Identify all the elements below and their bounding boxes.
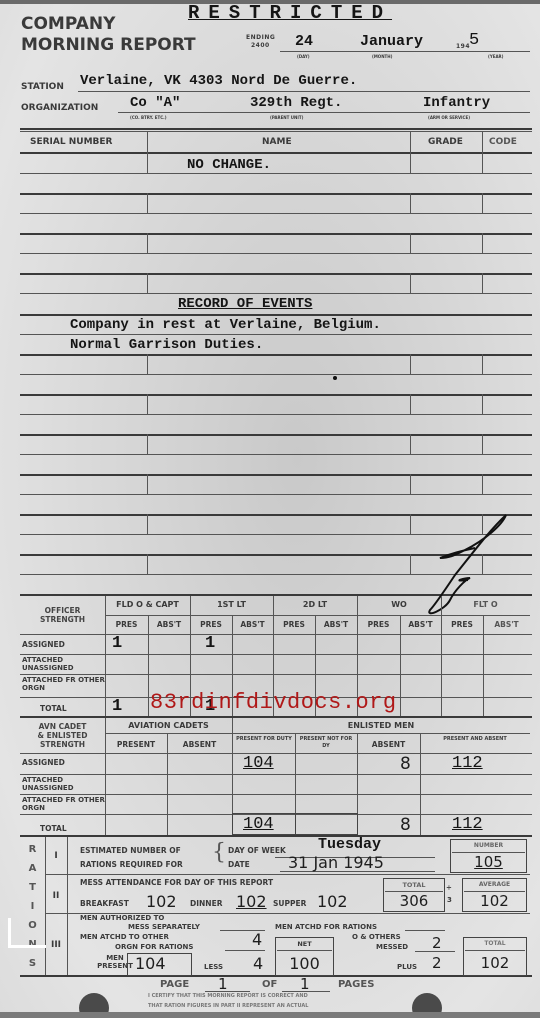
average-label: AVERAGE	[464, 881, 525, 888]
group-1st-lt: 1ST LT	[190, 600, 273, 609]
authorized-label-1: MEN AUTHORIZED TO	[80, 914, 164, 922]
form-title-line2: MORNING REPORT	[21, 35, 196, 55]
breakfast-label: BREAKFAST	[80, 899, 129, 908]
report-month: January	[360, 33, 423, 50]
estimated-rations-label-1: ESTIMATED NUMBER OF	[80, 846, 181, 855]
ending-label: ENDING	[246, 34, 275, 41]
col-enl-absent: ABSENT	[357, 740, 420, 749]
rations-letter: S	[20, 954, 45, 973]
rations-letter: I	[20, 897, 45, 916]
sub-abst: ABS'T	[148, 620, 190, 629]
enlisted-row-assigned: ASSIGNED	[22, 758, 65, 767]
dinner-value: 102	[236, 892, 267, 911]
rations-letter: O	[20, 916, 45, 935]
col-code: CODE	[489, 137, 517, 147]
enlisted-assigned-absent: 8	[400, 754, 411, 774]
less-label: LESS	[204, 963, 223, 971]
atchd-other-label-2: ORGN FOR RATIONS	[115, 943, 193, 951]
enlisted-total-absent: 8	[400, 815, 411, 835]
officer-assigned-fld-pres: 1	[112, 634, 122, 653]
ink-dot	[333, 376, 337, 380]
date-label: DATE	[228, 860, 250, 869]
scan-artifact	[8, 918, 11, 948]
certification-line-2: THAT RATION FIGURES IN PART II REPRESENT…	[148, 1003, 308, 1009]
authorized-label-2: MESS SEPARATELY	[128, 923, 200, 931]
officer-title-2: STRENGTH	[20, 615, 105, 624]
enlisted-title-1: AVN CADET	[20, 722, 105, 731]
plus-label: PLUS	[397, 963, 417, 971]
col-present-for-duty: PRESENT FOR DUTY	[235, 736, 293, 743]
rations-letter: R	[20, 840, 45, 859]
enlisted-total-present-absent: 112	[452, 815, 483, 834]
rations-total-label: TOTAL	[465, 940, 525, 947]
divide-icon: ÷	[446, 884, 452, 892]
day-of-week-value: Tuesday	[318, 836, 381, 853]
officer-strength-title: OFFICER STRENGTH	[20, 606, 105, 624]
day-of-week-label: DAY OF WEEK	[228, 846, 286, 855]
atchd-for-rations-label: MEN ATCHD FOR RATIONS	[275, 923, 377, 931]
pages-label: PAGES	[338, 979, 374, 990]
arm-value: Infantry	[423, 95, 490, 111]
col-av-present: PRESENT	[105, 740, 167, 749]
sub-pres: PRES	[105, 620, 148, 629]
page-label: PAGE	[160, 979, 189, 990]
rations-side-label: R A T I O N S	[20, 840, 45, 973]
year-prefix: 194	[456, 43, 470, 50]
part-1-numeral: I	[45, 851, 67, 861]
col-serial-number: SERIAL NUMBER	[30, 137, 112, 147]
enlisted-row-attached-other: ATTACHED FR OTHER ORGN	[22, 796, 107, 812]
report-year-digit: 5	[469, 31, 479, 50]
sub-abst: ABS'T	[232, 620, 273, 629]
group-fld-o-capt: FLD O & CAPT	[105, 600, 190, 609]
number-value: 105	[452, 853, 525, 871]
net-label: NET	[277, 940, 332, 948]
col-grade: GRADE	[428, 137, 463, 147]
sub-pres: PRES	[441, 620, 483, 629]
group-aviation-cadets: AVIATION CADETS	[105, 721, 232, 730]
enlisted-title-3: STRENGTH	[20, 740, 105, 749]
group-flt-o: FLT O	[441, 600, 530, 609]
officer-row-assigned: ASSIGNED	[22, 640, 65, 649]
number-label: NUMBER	[452, 842, 525, 849]
brace-icon: {	[212, 840, 226, 865]
year-caption: (YEAR)	[488, 54, 503, 59]
scan-artifact	[8, 945, 46, 948]
others-label-2: MESSED	[376, 943, 408, 951]
mess-attendance-label: MESS ATTENDANCE FOR DAY OF THIS REPORT	[80, 878, 273, 887]
sub-pres: PRES	[357, 620, 400, 629]
officer-assigned-1stlt-pres: 1	[205, 634, 215, 653]
less-value: 4	[253, 954, 263, 973]
sub-abst: ABS'T	[483, 620, 530, 629]
station-label: STATION	[21, 82, 64, 92]
officer-title-1: OFFICER	[20, 606, 105, 615]
col-av-absent: ABSENT	[167, 740, 232, 749]
roster-entry: NO CHANGE.	[187, 157, 271, 173]
plus-value: 2	[432, 954, 442, 972]
net-value: 100	[277, 954, 332, 973]
day-caption: (DAY)	[297, 54, 310, 59]
officer-row-total: TOTAL	[40, 704, 67, 713]
group-enlisted-men: ENLISTED MEN	[232, 721, 530, 730]
date-value: 31 Jan 1945	[288, 853, 384, 872]
officer-row-attached-other: ATTACHED FR OTHER ORGN	[22, 676, 107, 692]
atchd-other-value: 4	[252, 930, 262, 949]
atchd-other-label-1: MEN ATCHD TO OTHER	[80, 933, 169, 941]
sub-pres: PRES	[190, 620, 232, 629]
breakfast-value: 102	[146, 892, 177, 911]
group-2d-lt: 2D LT	[273, 600, 357, 609]
month-caption: (MONTH)	[372, 54, 392, 59]
parent-unit-value: 329th Regt.	[250, 95, 342, 111]
enlisted-title-2: & ENLISTED	[20, 731, 105, 740]
sub-abst: ABS'T	[400, 620, 441, 629]
mess-total-value: 306	[385, 892, 443, 910]
group-wo: WO	[357, 600, 441, 609]
rations-total-value: 102	[465, 954, 525, 972]
record-of-events-title: RECORD OF EVENTS	[178, 296, 312, 312]
organization-label: ORGANIZATION	[21, 103, 98, 113]
classification-stamp: RESTRICTED	[188, 2, 392, 24]
of-label: OF	[262, 979, 277, 990]
company-value: Co "A"	[130, 95, 180, 111]
record-line-2: Normal Garrison Duties.	[70, 337, 263, 353]
scan-edge-bottom	[0, 1012, 540, 1018]
col-present-not-for-duty: PRESENT NOT FOR DY	[298, 736, 354, 750]
average-value: 102	[464, 892, 525, 910]
part-3-numeral: III	[45, 940, 67, 950]
estimated-rations-label-2: RATIONS REQUIRED FOR	[80, 860, 183, 869]
col-present-and-absent: PRESENT AND ABSENT	[440, 736, 510, 743]
sub-pres: PRES	[273, 620, 315, 629]
form-title-line1: COMPANY	[21, 14, 115, 34]
rations-letter: A	[20, 859, 45, 878]
supper-value: 102	[317, 892, 348, 911]
company-caption: (CO. BTRY. ETC.)	[130, 115, 167, 120]
record-line-1: Company in rest at Verlaine, Belgium.	[70, 317, 381, 333]
rations-letter: T	[20, 878, 45, 897]
enlisted-total-present-duty: 104	[243, 815, 274, 834]
enlisted-strength-title: AVN CADET & ENLISTED STRENGTH	[20, 722, 105, 749]
officer-total-fld-pres: 1	[112, 697, 122, 716]
morning-report-page: RESTRICTED COMPANY MORNING REPORT ENDING…	[0, 0, 540, 1018]
others-value: 2	[432, 934, 442, 952]
men-present-value: 104	[135, 954, 166, 973]
certification-line-1: I CERTIFY THAT THIS MORNING REPORT IS CO…	[148, 993, 308, 999]
report-day: 24	[295, 33, 313, 50]
others-label-1: O & OTHERS	[352, 933, 401, 941]
enlisted-row-attached-unassigned: ATTACHED UNASSIGNED	[22, 776, 107, 792]
officer-row-attached-unassigned: ATTACHED UNASSIGNED	[22, 656, 107, 672]
part-2-numeral: II	[45, 891, 67, 901]
dinner-label: DINNER	[190, 899, 222, 908]
enlisted-row-total: TOTAL	[40, 824, 67, 833]
website-watermark: 83rdinfdivdocs.org	[150, 690, 397, 715]
supper-label: SUPPER	[273, 899, 306, 908]
enlisted-assigned-present-duty: 104	[243, 754, 274, 773]
divide-by: 3	[447, 896, 452, 904]
parent-caption: (PARENT UNIT)	[270, 115, 303, 120]
enlisted-assigned-present-absent: 112	[452, 754, 483, 773]
station-value: Verlaine, VK 4303 Nord De Guerre.	[80, 73, 357, 89]
sub-abst: ABS'T	[315, 620, 357, 629]
arm-caption: (ARM OR SERVICE)	[428, 115, 470, 120]
ending-time-label: 2400	[251, 42, 270, 49]
mess-total-label: TOTAL	[385, 881, 443, 889]
col-name: NAME	[262, 137, 292, 147]
